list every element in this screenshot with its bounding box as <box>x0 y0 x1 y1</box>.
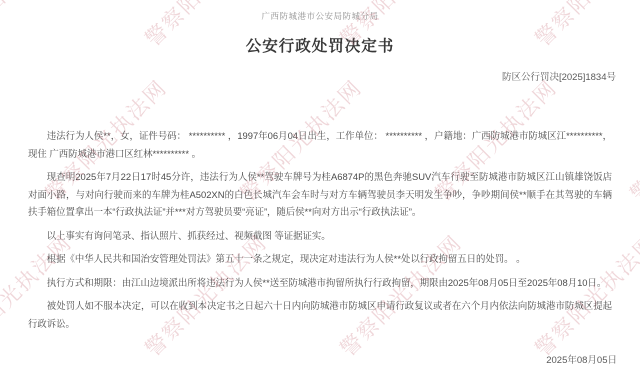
document-title: 公安行政处罚决定书 <box>0 34 640 56</box>
paragraph-facts: 现查明2025年7月22日17时45分许，违法行为人侯**驾驶车牌号为桂A687… <box>28 168 612 221</box>
document-number: 防区公行罚决[2025]1834号 <box>0 69 640 83</box>
decision-date: 2025年08月05日 <box>0 352 640 366</box>
watermark-text: 警察阳光执法网 <box>623 72 640 207</box>
paragraph-execution: 执行方式和期限：由江山边境派出所将违法行为人侯**送至防城港市拘留所执行行政拘留… <box>28 274 612 292</box>
paragraph-offender-info: 违法行为人侯**，女，证件号码： ********** ，1997年06月04日… <box>28 127 612 162</box>
paragraph-appeal-rights: 被处罚人如不服本决定，可以在收到本决定书之日起六十日内向防城港市防城区申请行政复… <box>28 297 612 332</box>
paragraph-evidence: 以上事实有询问笔录、指认照片、抓获经过、视频截图 等证据证实。 <box>28 227 612 245</box>
issuing-authority: 广西防城港市公安局防城分局 <box>0 0 640 22</box>
penalty-decision-document: 广西防城港市公安局防城分局 公安行政处罚决定书 防区公行罚决[2025]1834… <box>0 0 640 366</box>
paragraph-decision: 根据《中华人民共和国治安管理处罚法》第五十一条之规定，现决定对违法行为人侯**处… <box>28 250 612 268</box>
document-body: 违法行为人侯**，女，证件号码： ********** ，1997年06月04日… <box>28 127 612 332</box>
